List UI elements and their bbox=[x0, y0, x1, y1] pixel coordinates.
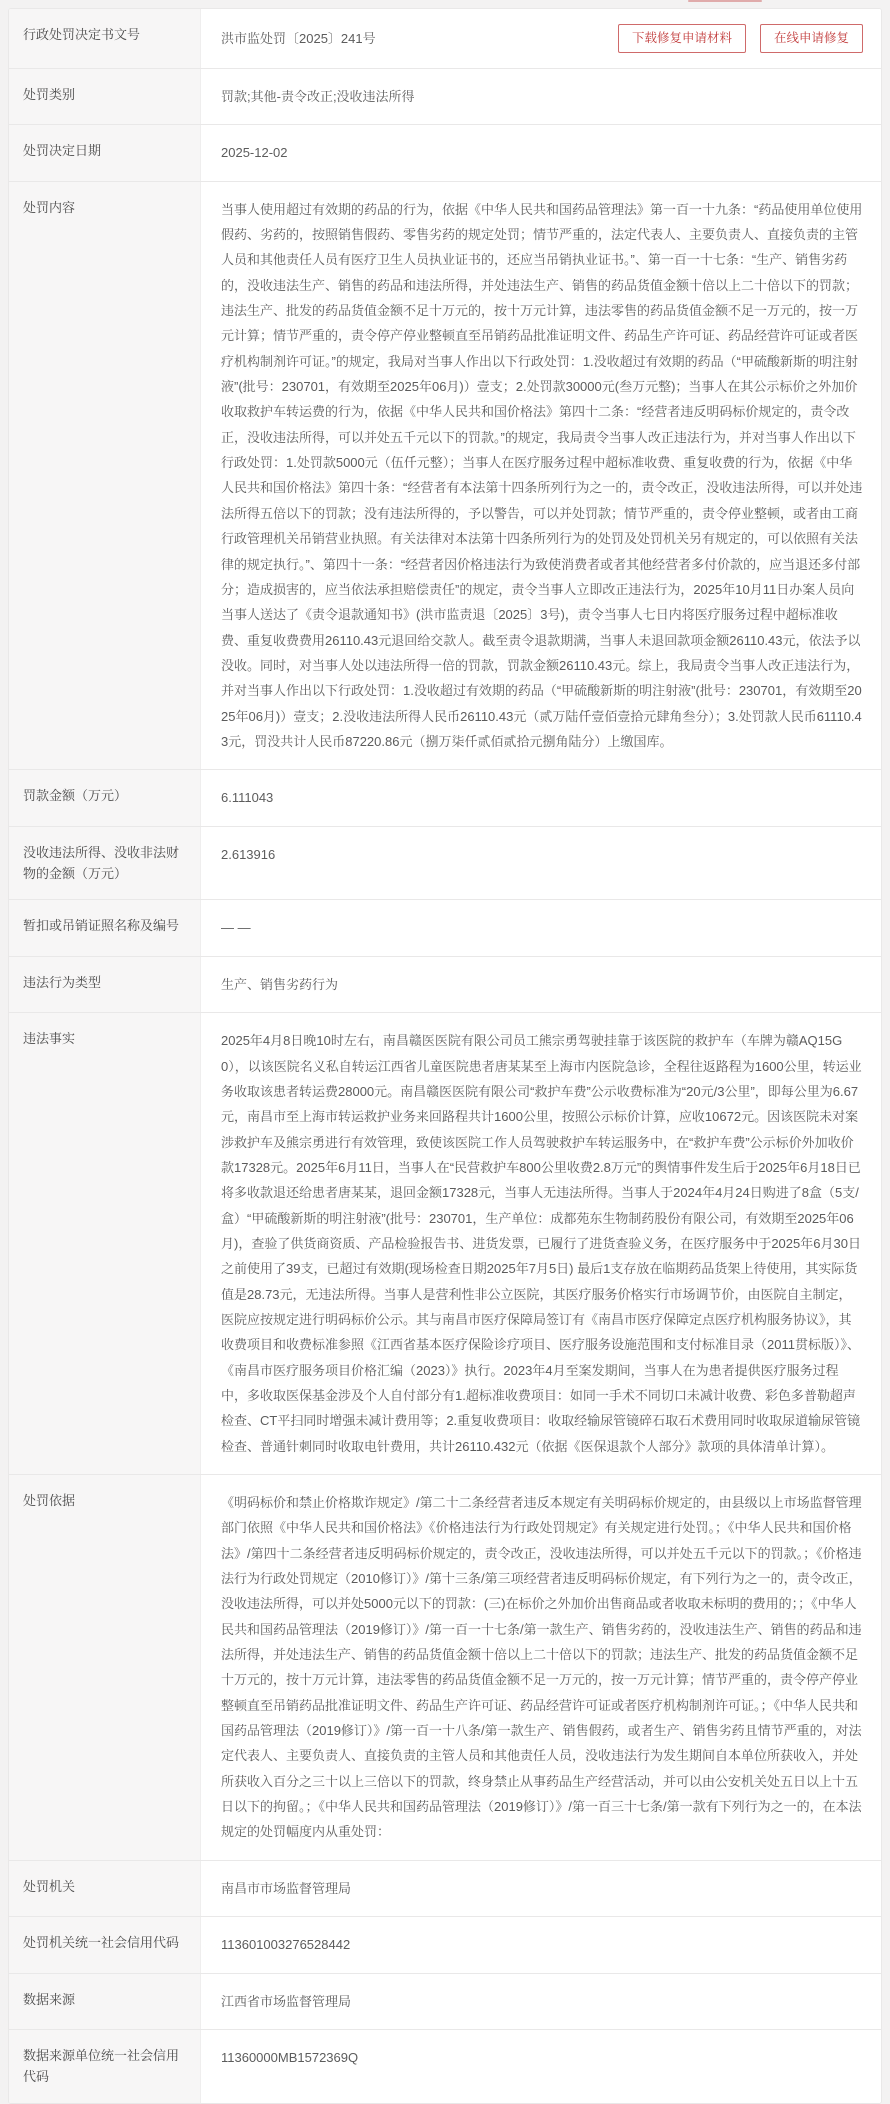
online-repair-apply-button[interactable]: 在线申请修复 bbox=[760, 24, 863, 53]
row-value: 2025年4月8日晚10时左右，南昌赣医医院有限公司员工熊宗勇驾驶挂靠于该医院的… bbox=[201, 1013, 881, 1474]
data-source-value: 江西省市场监督管理局 bbox=[221, 1989, 863, 2014]
row-value: 生产、销售劣药行为 bbox=[201, 957, 881, 1012]
row-value: 2.613916 bbox=[201, 827, 881, 900]
doc-number-value: 洪市监处罚〔2025〕241号 bbox=[221, 26, 602, 51]
row-label: 处罚内容 bbox=[9, 182, 201, 770]
penalty-authority-value: 南昌市市场监督管理局 bbox=[221, 1876, 863, 1901]
decision-date-value: 2025-12-02 bbox=[221, 140, 863, 165]
row-label: 违法行为类型 bbox=[9, 957, 201, 1012]
row-label: 没收违法所得、没收非法财物的金额（万元） bbox=[9, 827, 201, 900]
row-penalty-content: 处罚内容 当事人使用超过有效期的药品的行为，依据《中华人民共和国药品管理法》第一… bbox=[9, 182, 881, 771]
row-penalty-basis: 处罚依据 《明码标价和禁止价格欺诈规定》/第二十二条经营者违反本规定有关明码标价… bbox=[9, 1475, 881, 1861]
source-credit-code-value: 11360000MB1572369Q bbox=[221, 2045, 863, 2070]
row-label: 处罚决定日期 bbox=[9, 125, 201, 180]
row-value: 罚款;其他-责令改正;没收违法所得 bbox=[201, 69, 881, 124]
authority-credit-code-value: 113601003276528442 bbox=[221, 1932, 863, 1957]
row-label: 处罚机关 bbox=[9, 1861, 201, 1916]
row-value: 当事人使用超过有效期的药品的行为，依据《中华人民共和国药品管理法》第一百一十九条… bbox=[201, 182, 881, 770]
row-value: — — bbox=[201, 900, 881, 955]
violation-type-value: 生产、销售劣药行为 bbox=[221, 972, 863, 997]
row-value: 11360000MB1572369Q bbox=[201, 2030, 881, 2103]
row-value: 南昌市市场监督管理局 bbox=[201, 1861, 881, 1916]
download-repair-materials-button[interactable]: 下载修复申请材料 bbox=[618, 24, 746, 53]
row-license-revoked: 暂扣或吊销证照名称及编号 — — bbox=[9, 900, 881, 956]
row-value: 113601003276528442 bbox=[201, 1917, 881, 1972]
row-label: 数据来源单位统一社会信用代码 bbox=[9, 2030, 201, 2103]
row-label: 罚款金额（万元） bbox=[9, 770, 201, 825]
row-value: 《明码标价和禁止价格欺诈规定》/第二十二条经营者违反本规定有关明码标价规定的，由… bbox=[201, 1475, 881, 1860]
row-penalty-category: 处罚类别 罚款;其他-责令改正;没收违法所得 bbox=[9, 69, 881, 125]
row-doc-number: 行政处罚决定书文号 洪市监处罚〔2025〕241号 下载修复申请材料 在线申请修… bbox=[9, 9, 881, 69]
row-label: 数据来源 bbox=[9, 1974, 201, 2029]
row-authority-credit-code: 处罚机关统一社会信用代码 113601003276528442 bbox=[9, 1917, 881, 1973]
row-decision-date: 处罚决定日期 2025-12-02 bbox=[9, 125, 881, 181]
row-label: 违法事实 bbox=[9, 1013, 201, 1474]
cutoff-red-element bbox=[688, 0, 762, 2]
penalty-basis-text: 《明码标价和禁止价格欺诈规定》/第二十二条经营者违反本规定有关明码标价规定的，由… bbox=[221, 1490, 863, 1845]
penalty-record-table: 行政处罚决定书文号 洪市监处罚〔2025〕241号 下载修复申请材料 在线申请修… bbox=[8, 8, 882, 2104]
penalty-category-value: 罚款;其他-责令改正;没收违法所得 bbox=[221, 84, 863, 109]
row-value: 江西省市场监督管理局 bbox=[201, 1974, 881, 2029]
repair-buttons: 下载修复申请材料 在线申请修复 bbox=[618, 24, 863, 53]
license-revoked-value: — — bbox=[221, 915, 863, 940]
row-label: 行政处罚决定书文号 bbox=[9, 9, 201, 68]
confiscated-amount-value: 2.613916 bbox=[221, 842, 863, 867]
penalty-record-page: 行政处罚决定书文号 洪市监处罚〔2025〕241号 下载修复申请材料 在线申请修… bbox=[0, 0, 890, 1418]
row-penalty-authority: 处罚机关 南昌市市场监督管理局 bbox=[9, 1861, 881, 1917]
row-label: 处罚依据 bbox=[9, 1475, 201, 1860]
row-label: 处罚机关统一社会信用代码 bbox=[9, 1917, 201, 1972]
row-value: 洪市监处罚〔2025〕241号 下载修复申请材料 在线申请修复 bbox=[201, 9, 881, 68]
row-confiscated-amount: 没收违法所得、没收非法财物的金额（万元） 2.613916 bbox=[9, 827, 881, 901]
row-label: 暂扣或吊销证照名称及编号 bbox=[9, 900, 201, 955]
row-source-credit-code: 数据来源单位统一社会信用代码 11360000MB1572369Q bbox=[9, 2030, 881, 2103]
fine-amount-value: 6.111043 bbox=[221, 785, 863, 810]
row-violation-facts: 违法事实 2025年4月8日晚10时左右，南昌赣医医院有限公司员工熊宗勇驾驶挂靠… bbox=[9, 1013, 881, 1475]
row-data-source: 数据来源 江西省市场监督管理局 bbox=[9, 1974, 881, 2030]
row-value: 2025-12-02 bbox=[201, 125, 881, 180]
penalty-content-text: 当事人使用超过有效期的药品的行为，依据《中华人民共和国药品管理法》第一百一十九条… bbox=[221, 197, 863, 755]
row-label: 处罚类别 bbox=[9, 69, 201, 124]
row-value: 6.111043 bbox=[201, 770, 881, 825]
row-fine-amount: 罚款金额（万元） 6.111043 bbox=[9, 770, 881, 826]
violation-facts-text: 2025年4月8日晚10时左右，南昌赣医医院有限公司员工熊宗勇驾驶挂靠于该医院的… bbox=[221, 1028, 863, 1459]
row-violation-type: 违法行为类型 生产、销售劣药行为 bbox=[9, 957, 881, 1013]
